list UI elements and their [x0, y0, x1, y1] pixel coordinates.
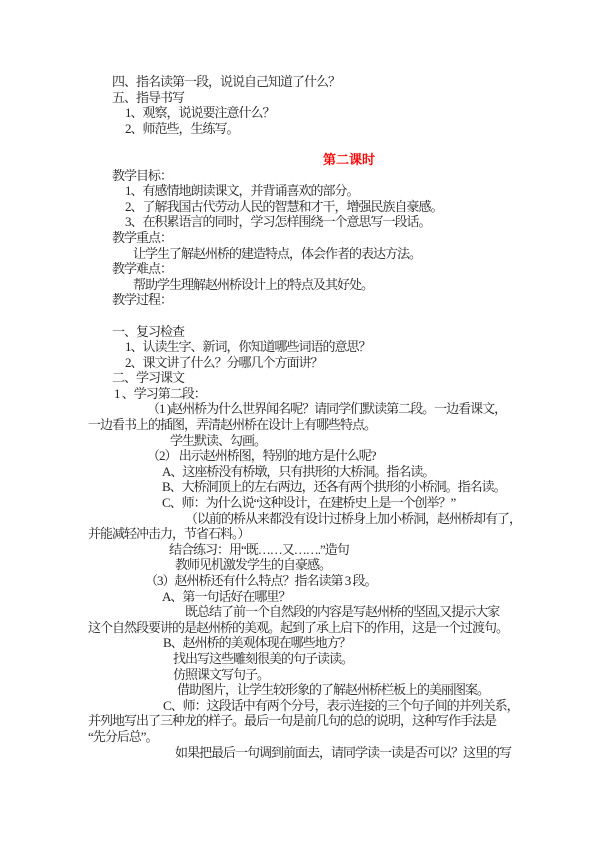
doc-line-10: 3、在积累语言的同时，学习怎样围绕一个意思写一段话。	[88, 214, 518, 230]
doc-line-2: 五、指导书写	[88, 90, 518, 106]
doc-line-4: 2、师范些，生练写。	[88, 121, 518, 137]
doc-line-34: A、第一句话好在哪里？	[88, 589, 518, 605]
doc-line-41: C、师：这段话中有两个分号，表示连接的三个句子间的并列关系，	[88, 698, 518, 714]
lesson-2-section-title: 第二课时	[88, 152, 518, 168]
doc-line-16	[88, 308, 518, 324]
doc-line-23: 一边看书上的插图，弄清赵州桥在设计上有哪些特点。	[88, 417, 518, 433]
doc-line-35: 既总结了前一个自然段的内容是写赵州桥的坚固,又提示大家	[88, 604, 518, 620]
doc-line-30: 并能减轻冲击力，节省石料。）	[88, 526, 518, 542]
doc-line-25: （2） 出示赵州桥图，特别的地方是什么呢?	[88, 448, 518, 464]
document-body: 四、指名读第一段，说说自己知道了什么？五、指导书写1、观察，说说要注意什么？2、…	[88, 74, 518, 760]
doc-line-43: “先分后总”。	[88, 729, 518, 745]
doc-line-42: 并列地写出了三种龙的样子。最后一句是前几句的总的说明，这种写作手法是	[88, 713, 518, 729]
doc-line-38: 找出写这些雕刻很美的句子读读。	[88, 651, 518, 667]
doc-line-3: 1、观察，说说要注意什么？	[88, 105, 518, 121]
document-page: 四、指名读第一段，说说自己知道了什么？五、指导书写1、观察，说说要注意什么？2、…	[0, 0, 595, 842]
doc-line-15: 教学过程：	[88, 292, 518, 308]
doc-line-21: 1 、学习第二段：	[88, 386, 518, 402]
doc-line-27: B、大桥洞顶上的左右两边，还各有两个拱形的小桥洞。指名读。	[88, 479, 518, 495]
doc-line-44: 如果把最后一句调到前面去，请同学读一读是否可以？这里的写	[88, 745, 518, 761]
doc-line-40: 借助图片，让学生较形象的了解赵州桥栏板上的美丽图案。	[88, 682, 518, 698]
doc-line-20: 二、学习课文	[88, 370, 518, 386]
doc-line-18: 1、认读生字、新词，你知道哪些词语的意思？	[88, 339, 518, 355]
doc-line-24: 学生默读、勾画。	[88, 433, 518, 449]
doc-line-37: B、赵州桥的美观体现在哪些地方？	[88, 635, 518, 651]
doc-line-7: 教学目标：	[88, 168, 518, 184]
doc-line-9: 2、了解我国古代劳动人民的智慧和才干，增强民族自豪感。	[88, 199, 518, 215]
doc-line-14: 帮助学生理解赵州桥设计上的特点及其好处。	[88, 277, 518, 293]
doc-line-26: A、这座桥没有桥墩，只有拱形的大桥洞。指名读。	[88, 464, 518, 480]
doc-line-13: 教学难点：	[88, 261, 518, 277]
doc-line-19: 2、课文讲了什么？分哪几个方面讲？	[88, 355, 518, 371]
doc-line-1: 四、指名读第一段，说说自己知道了什么？	[88, 74, 518, 90]
doc-line-8: 1、有感情地朗读课文，并背诵喜欢的部分。	[88, 183, 518, 199]
doc-line-22: （1 )赵州桥为什么世界闻名呢？请同学们默读第二段。一边看课文，	[88, 401, 518, 417]
doc-line-5	[88, 136, 518, 152]
doc-line-31: 结合练习：用“既……又…….”造句	[88, 542, 518, 558]
doc-line-29: （以前的桥从来都没有设计过桥身上加小桥洞，赵州桥却有了，	[88, 511, 518, 527]
doc-line-33: （3）赵州桥还有什么特点？指名读第 3 段。	[88, 573, 518, 589]
doc-line-39: 仿照课文写句子。	[88, 667, 518, 683]
doc-line-32: 教师见机激发学生的自豪感。	[88, 557, 518, 573]
doc-line-28: C、师：为什么说“这种设计，在建桥史上是一个创举？”	[88, 495, 518, 511]
doc-line-17: 一、复习检查	[88, 324, 518, 340]
doc-line-12: 让学生了解赵州桥的建造特点，体会作者的表达方法。	[88, 246, 518, 262]
doc-line-36: 这个自然段要讲的是赵州桥的美观。起到了承上启下的作用，这是一个过渡句。	[88, 620, 518, 636]
doc-line-11: 教学重点：	[88, 230, 518, 246]
